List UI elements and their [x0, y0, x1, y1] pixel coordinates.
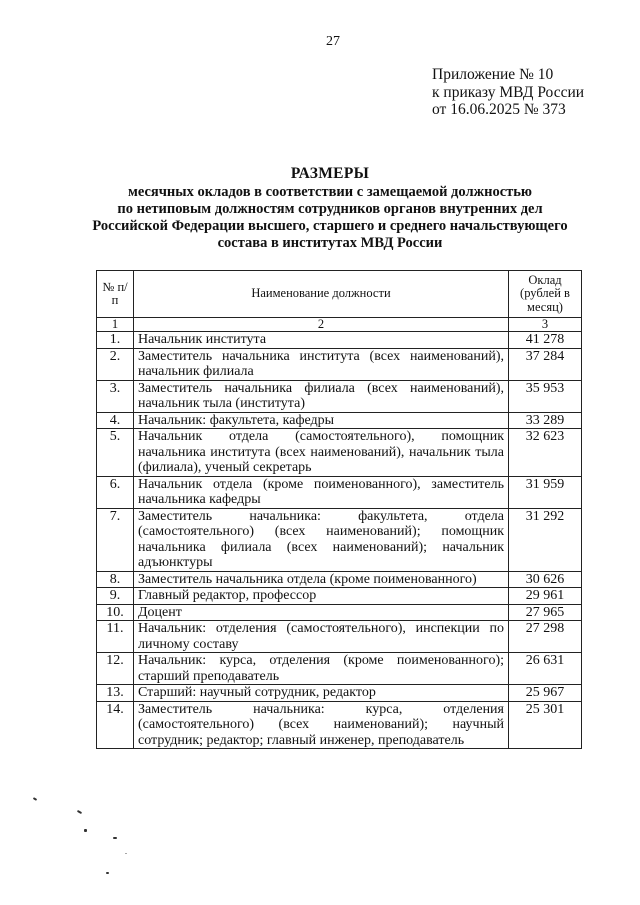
position-name: Заместитель начальника отдела (кроме пои…: [134, 571, 509, 588]
position-name: Начальник института: [134, 332, 509, 349]
table-row: 13.Старший: научный сотрудник, редактор2…: [97, 685, 582, 702]
salary-value: 30 626: [509, 571, 582, 588]
row-number: 5.: [97, 429, 134, 477]
index-col-1: 1: [97, 318, 134, 332]
header-position: Наименование должности: [134, 271, 509, 318]
position-name: Начальник: отделения (самостоятельного),…: [134, 621, 509, 653]
table-row: 2.Заместитель начальника института (всех…: [97, 348, 582, 380]
table-header-row: № п/п Наименование должности Оклад (рубл…: [97, 271, 582, 318]
title-line-1: месячных окладов в соответствии с замеща…: [80, 184, 580, 201]
table-row: 3.Заместитель начальника филиала (всех н…: [97, 380, 582, 412]
salary-value: 31 292: [509, 508, 582, 571]
salary-value: 31 959: [509, 476, 582, 508]
row-number: 4.: [97, 412, 134, 429]
row-number: 1.: [97, 332, 134, 349]
title-line-3: Российской Федерации высшего, старшего и…: [80, 218, 580, 235]
document-title: РАЗМЕРЫ месячных окладов в соответствии …: [80, 164, 580, 252]
row-number: 7.: [97, 508, 134, 571]
position-name: Заместитель начальника филиала (всех наи…: [134, 380, 509, 412]
row-number: 11.: [97, 621, 134, 653]
row-number: 3.: [97, 380, 134, 412]
header-salary: Оклад (рублей в месяц): [509, 271, 582, 318]
salary-value: 27 298: [509, 621, 582, 653]
title-line-4: состава в институтах МВД России: [80, 235, 580, 252]
index-col-3: 3: [509, 318, 582, 332]
row-number: 6.: [97, 476, 134, 508]
position-name: Начальник отдела (кроме поименованного),…: [134, 476, 509, 508]
table-row: 10.Доцент27 965: [97, 604, 582, 621]
table-row: 5.Начальник отдела (самостоятельного), п…: [97, 429, 582, 477]
salary-value: 32 623: [509, 429, 582, 477]
position-name: Начальник: факультета, кафедры: [134, 412, 509, 429]
position-name: Заместитель начальника: факультета, отде…: [134, 508, 509, 571]
row-number: 14.: [97, 701, 134, 749]
salary-value: 27 965: [509, 604, 582, 621]
position-name: Начальник: курса, отделения (кроме поиме…: [134, 653, 509, 685]
salary-table: № п/п Наименование должности Оклад (рубл…: [96, 270, 582, 749]
salary-value: 41 278: [509, 332, 582, 349]
table-row: 4.Начальник: факультета, кафедры33 289: [97, 412, 582, 429]
page-number: 27: [326, 34, 340, 50]
salary-value: 33 289: [509, 412, 582, 429]
position-name: Заместитель начальника: курса, отделения…: [134, 701, 509, 749]
table-row: 12.Начальник: курса, отделения (кроме по…: [97, 653, 582, 685]
salary-value: 35 953: [509, 380, 582, 412]
appendix-reference: Приложение № 10 к приказу МВД России от …: [432, 66, 584, 119]
salary-value: 25 967: [509, 685, 582, 702]
salary-value: 25 301: [509, 701, 582, 749]
index-col-2: 2: [134, 318, 509, 332]
salary-value: 26 631: [509, 653, 582, 685]
row-number: 2.: [97, 348, 134, 380]
table-row: 11.Начальник: отделения (самостоятельног…: [97, 621, 582, 653]
salary-value: 29 961: [509, 588, 582, 605]
table-row: 14.Заместитель начальника: курса, отделе…: [97, 701, 582, 749]
position-name: Начальник отдела (самостоятельного), пом…: [134, 429, 509, 477]
scan-artifacts: [0, 770, 200, 905]
table-row: 8.Заместитель начальника отдела (кроме п…: [97, 571, 582, 588]
table-row: 7.Заместитель начальника: факультета, от…: [97, 508, 582, 571]
title-line-2: по нетиповым должностям сотрудников орга…: [80, 201, 580, 218]
row-number: 9.: [97, 588, 134, 605]
row-number: 8.: [97, 571, 134, 588]
position-name: Заместитель начальника института (всех н…: [134, 348, 509, 380]
table-row: 9.Главный редактор, профессор29 961: [97, 588, 582, 605]
row-number: 12.: [97, 653, 134, 685]
table-row: 6.Начальник отдела (кроме поименованного…: [97, 476, 582, 508]
title-heading: РАЗМЕРЫ: [80, 164, 580, 184]
appendix-order: к приказу МВД России: [432, 84, 584, 102]
row-number: 13.: [97, 685, 134, 702]
appendix-date: от 16.06.2025 № 373: [432, 101, 584, 119]
row-number: 10.: [97, 604, 134, 621]
position-name: Доцент: [134, 604, 509, 621]
table-row: 1.Начальник института41 278: [97, 332, 582, 349]
position-name: Старший: научный сотрудник, редактор: [134, 685, 509, 702]
table-body: 1.Начальник института41 2782.Заместитель…: [97, 332, 582, 749]
header-number: № п/п: [97, 271, 134, 318]
appendix-number: Приложение № 10: [432, 66, 584, 84]
salary-value: 37 284: [509, 348, 582, 380]
table-index-row: 1 2 3: [97, 318, 582, 332]
position-name: Главный редактор, профессор: [134, 588, 509, 605]
